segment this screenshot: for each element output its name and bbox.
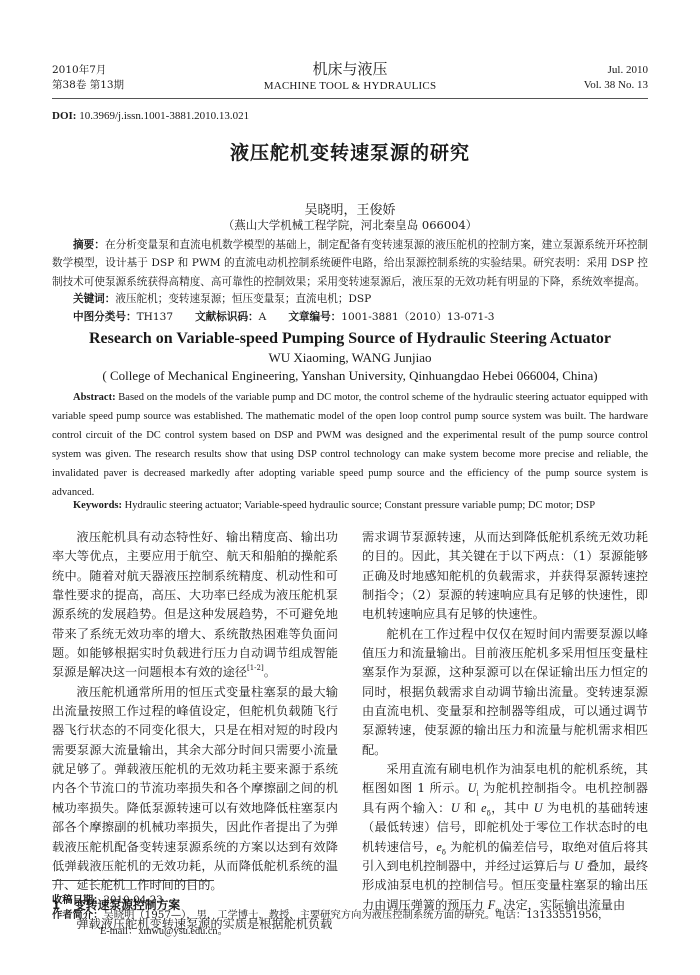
header-volume-en: Vol. 38 No. 13 <box>584 78 648 93</box>
body-paragraph: 采用直流有刷电机作为油泵电机的舵机系统，其框图如图 1 所示。Ui 为舵机控制指… <box>362 760 648 915</box>
abstract-en-text: Based on the models of the variable pump… <box>52 392 648 498</box>
footnote-received: 收稿日期：2010-04-23 <box>52 893 163 908</box>
title-cn: 液压舵机变转速泵源的研究 <box>0 138 700 165</box>
body-paragraph: 需求调节泵源转速，从而达到降低舵机系统无效功耗的目的。因此，其关键在于以下两点：… <box>362 528 648 625</box>
footnote-bio: 作者简介：吴晓明（1957—），男，工学博士，教授，主要研究方向为液压控制系统方… <box>52 908 608 923</box>
body-column-right: 需求调节泵源转速，从而达到降低舵机系统无效功耗的目的。因此，其关键在于以下两点：… <box>362 528 648 915</box>
keywords-cn-label: 关键词： <box>73 293 115 305</box>
abstract-cn-label: 摘要： <box>73 239 105 251</box>
citation: [1-2] <box>247 664 264 672</box>
abstract-cn: 摘要：在分析变量泵和直流电机数学模型的基础上，制定配备有变转速泵源的液压舵机的控… <box>52 236 648 291</box>
keywords-en-text: Hydraulic steering actuator; Variable-sp… <box>122 500 595 511</box>
authors-en: WU Xiaoming, WANG Junjiao <box>0 350 700 366</box>
received-label: 收稿日期： <box>52 894 103 906</box>
received-date: 2010-04-23 <box>103 894 162 906</box>
body-paragraph: 液压舵机通常所用的恒压式变量柱塞泵的最大输出流量按照工作过程的峰值设定，但舵机负… <box>52 683 338 896</box>
affiliation-cn: （燕山大学机械工程学院，河北秦皇岛 066004） <box>0 217 700 233</box>
abstract-cn-text: 在分析变量泵和直流电机数学模型的基础上，制定配备有变转速泵源的液压舵机的控制方案… <box>52 239 648 288</box>
classification-line: 中图分类号：TH137文献标识码：A文章编号：1001-3881（2010）13… <box>73 309 495 324</box>
keywords-en-label: Keywords: <box>73 500 122 511</box>
footnote-rule <box>52 880 214 881</box>
authors-cn: 吴晓明，王俊娇 <box>0 199 700 218</box>
affiliation-en: ( College of Mechanical Engineering, Yan… <box>0 368 700 384</box>
header-rule <box>52 98 648 99</box>
article-no-label: 文章编号： <box>288 311 341 323</box>
keywords-en: Keywords: Hydraulic steering actuator; V… <box>73 500 595 511</box>
abstract-en: Abstract: Based on the models of the var… <box>52 388 648 502</box>
keywords-cn-text: 液压舵机；变转速泵源；恒压变量泵；直流电机；DSP <box>115 293 371 305</box>
footnote-email: E-mail：xmwu@ysu.edu.cn。 <box>100 924 228 939</box>
doi-value: 10.3969/j.issn.1001-3881.2010.13.021 <box>76 110 249 122</box>
body-column-left: 液压舵机具有动态特性好、输出精度高、输出功率大等优点，主要应用于航空、航天和船舶… <box>52 528 338 934</box>
doi-label: DOI: <box>52 110 76 122</box>
body-paragraph: 舵机在工作过程中仅仅在短时间内需要泵源以峰值压力和流量输出。目前液压舵机多采用恒… <box>362 625 648 760</box>
clc-label: 中图分类号： <box>73 311 137 323</box>
body-paragraph: 液压舵机具有动态特性好、输出精度高、输出功率大等优点，主要应用于航空、航天和船舶… <box>52 528 338 683</box>
header-issue-en: Jul. 2010 Vol. 38 No. 13 <box>584 63 648 93</box>
bio-text: 吴晓明（1957—），男，工学博士，教授，主要研究方向为液压控制系统方面的研究。… <box>103 909 608 921</box>
clc-value: TH137 <box>137 311 174 323</box>
article-no-value: 1001-3881（2010）13-071-3 <box>341 311 494 323</box>
doc-code-value: A <box>259 311 267 323</box>
title-en: Research on Variable-speed Pumping Sourc… <box>0 330 700 348</box>
header-date-en: Jul. 2010 <box>584 63 648 78</box>
bio-label: 作者简介： <box>52 909 103 921</box>
doc-code-label: 文献标识码： <box>195 311 259 323</box>
keywords-cn: 关键词：液压舵机；变转速泵源；恒压变量泵；直流电机；DSP <box>73 291 371 306</box>
abstract-en-label: Abstract: <box>73 392 116 403</box>
doi-line: DOI: 10.3969/j.issn.1001-3881.2010.13.02… <box>52 110 249 122</box>
